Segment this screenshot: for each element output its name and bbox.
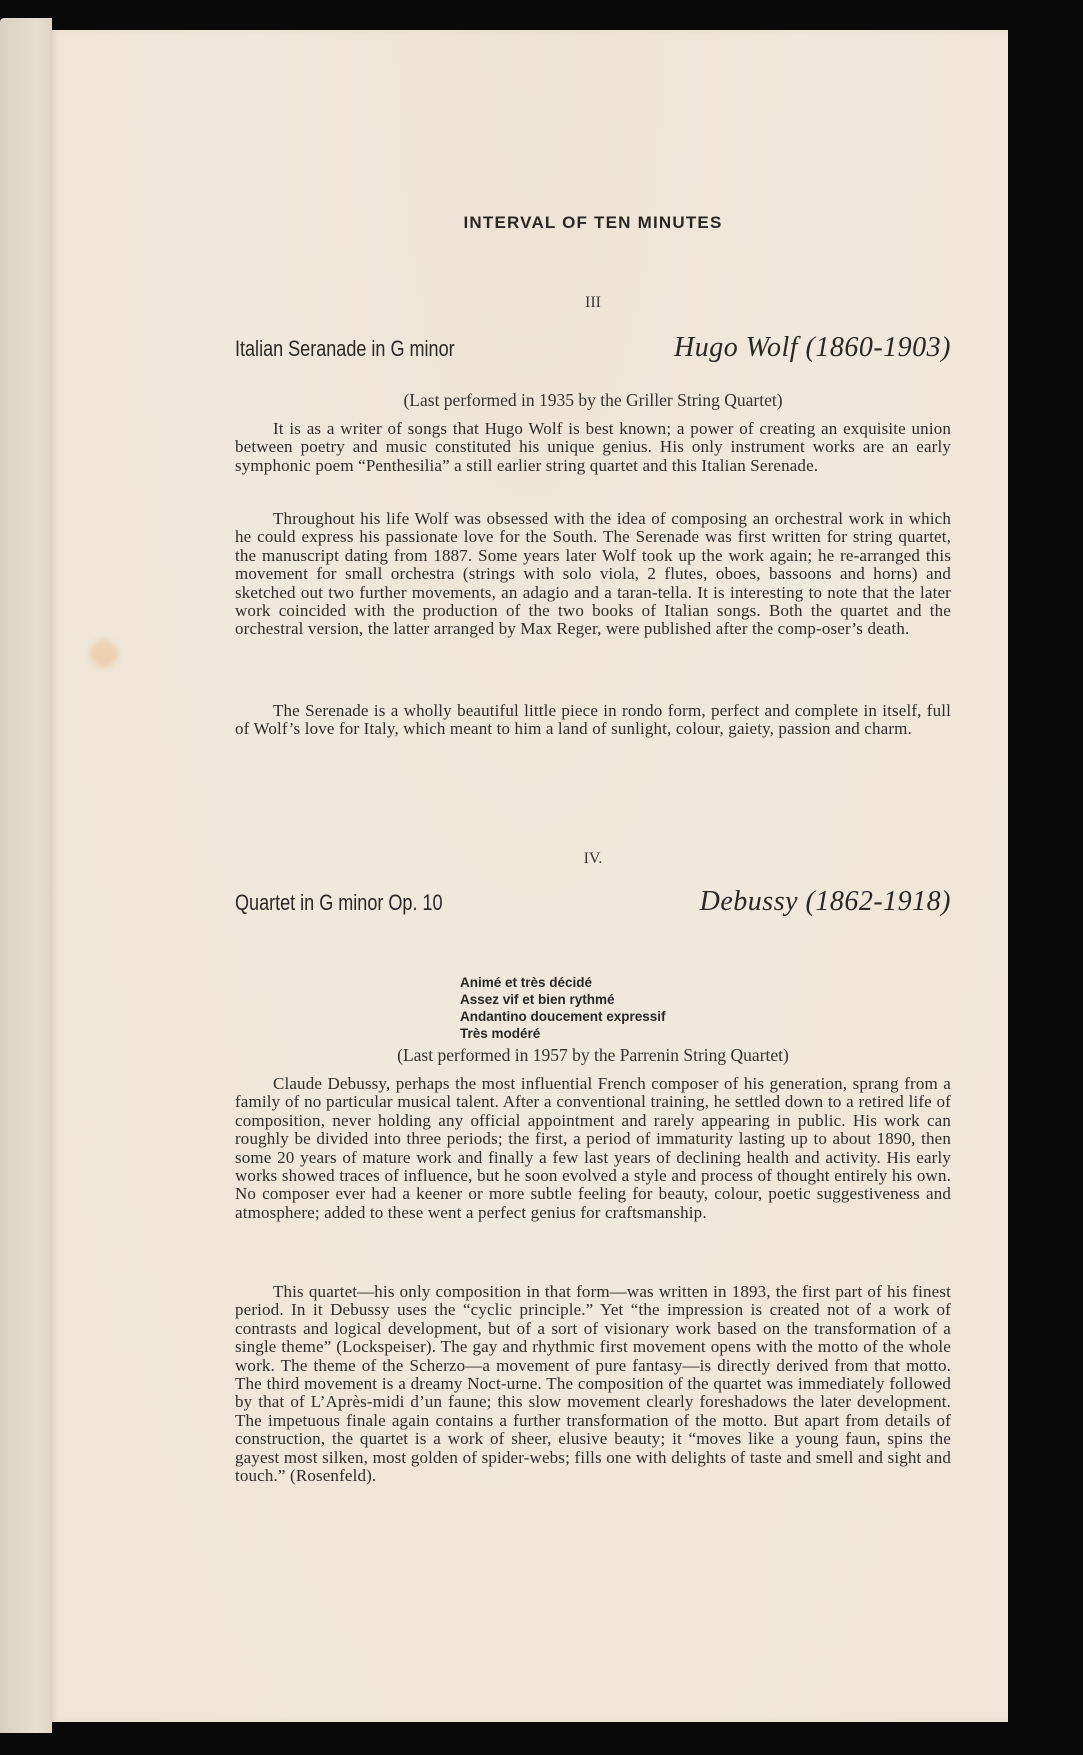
work-title: Italian Seranade in G minor [235,336,455,362]
paragraph: Throughout his life Wolf was obsessed wi… [235,510,951,639]
work-header: Italian Seranade in G minor Hugo Wolf (1… [235,332,951,364]
composer-name: Hugo Wolf (1860-1903) [674,332,951,364]
interval-heading: INTERVAL OF TEN MINUTES [235,213,951,233]
programme-page: INTERVAL OF TEN MINUTES III Italian Sera… [50,30,1008,1722]
paragraph: It is as a writer of songs that Hugo Wol… [235,420,951,475]
movement-item: Animé et très décidé [460,974,666,991]
composer-name: Debussy (1862-1918) [700,886,951,918]
movement-item: Très modéré [460,1025,666,1042]
last-performed-note: (Last performed in 1957 by the Parrenin … [235,1045,951,1066]
movement-item: Andantino doucement expressif [460,1008,666,1025]
work-numeral: IV. [235,850,951,868]
paragraph: The Serenade is a wholly beautiful littl… [235,702,951,739]
paragraph: This quartet—his only composition in tha… [235,1283,951,1485]
work-header: Quartet in G minor Op. 10 Debussy (1862-… [235,886,951,918]
last-performed-note: (Last performed in 1935 by the Griller S… [235,390,951,411]
paper-stain [90,640,118,668]
movement-item: Assez vif et bien rythmé [460,991,666,1008]
work-title: Quartet in G minor Op. 10 [235,890,443,916]
paragraph: Claude Debussy, perhaps the most influen… [235,1075,951,1222]
movement-list: Animé et très décidé Assez vif et bien r… [460,974,666,1042]
work-numeral: III [235,294,951,312]
facing-page-edge [0,18,52,1733]
